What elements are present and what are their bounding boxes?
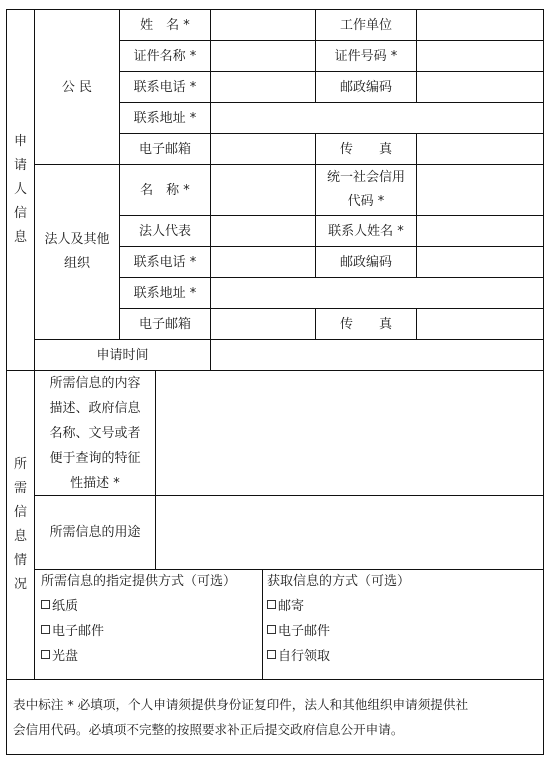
obtain-option-email[interactable]: 电子邮件 [267, 620, 330, 644]
purpose-field[interactable] [155, 495, 544, 570]
checkbox-icon[interactable] [267, 625, 276, 634]
legal-email-field[interactable] [210, 308, 316, 340]
info-title-char: 息 [14, 525, 27, 549]
checkbox-icon[interactable] [41, 625, 50, 634]
legal-label-line1: 法人及其他 [44, 228, 109, 252]
citizen-postcode-field[interactable] [416, 71, 544, 103]
citizen-employer-field[interactable] [416, 9, 544, 41]
applicant-title-char: 信 [14, 202, 27, 226]
applicant-title-char: 人 [14, 178, 27, 202]
applicant-section-header: 申 请 人 信 息 [6, 9, 35, 371]
legal-address-field[interactable] [210, 277, 544, 309]
citizen-fax-field[interactable] [416, 133, 544, 165]
option-label: 电子邮件 [52, 624, 104, 639]
citizen-id-number-field[interactable] [416, 40, 544, 72]
provide-option-email[interactable]: 电子邮件 [41, 620, 104, 644]
info-title-char: 需 [14, 477, 27, 501]
citizen-phone-field[interactable] [210, 71, 316, 103]
option-label: 电子邮件 [278, 624, 330, 639]
legal-credit-code-field[interactable] [416, 164, 544, 216]
obtain-method-title: 获取信息的方式（可选） [267, 570, 410, 594]
credit-code-line1: 统一社会信用 [327, 166, 405, 190]
citizen-fax-label: 传 真 [315, 133, 417, 165]
checkbox-icon[interactable] [267, 650, 276, 659]
obtain-option-pickup[interactable]: 自行领取 [267, 645, 330, 669]
legal-name-field[interactable] [210, 164, 316, 216]
legal-credit-code-label: 统一社会信用 代码 * [315, 164, 417, 216]
info-title-char: 信 [14, 501, 27, 525]
legal-phone-label: 联系电话 * [119, 246, 211, 278]
citizen-address-label: 联系地址 * [119, 102, 211, 134]
desc-line: 名称、文号或者 [49, 421, 140, 446]
desc-line: 便于查询的特征 [49, 446, 140, 471]
provide-option-disc[interactable]: 光盘 [41, 645, 78, 669]
legal-name-label: 名 称 * [119, 164, 211, 216]
applicant-title-char: 申 [14, 130, 27, 154]
provide-option-paper[interactable]: 纸质 [41, 595, 78, 619]
checkbox-icon[interactable] [267, 600, 276, 609]
purpose-label: 所需信息的用途 [34, 495, 156, 570]
info-title-char: 所 [14, 453, 27, 477]
content-description-label: 所需信息的内容 描述、政府信息 名称、文号或者 便于查询的特征 性描述 * [34, 370, 156, 496]
option-label: 光盘 [52, 649, 78, 664]
footer-note-box [6, 679, 544, 755]
apply-time-field[interactable] [210, 339, 544, 371]
citizen-name-field[interactable] [210, 9, 316, 41]
info-title-char: 况 [14, 573, 27, 597]
content-description-field[interactable] [155, 370, 544, 496]
citizen-name-label: 姓 名 * [119, 9, 211, 41]
applicant-title-char: 请 [14, 154, 27, 178]
legal-representative-field[interactable] [210, 215, 316, 247]
credit-code-line2: 代码 * [348, 190, 385, 214]
option-label: 自行领取 [278, 649, 330, 664]
option-label: 邮寄 [278, 599, 304, 614]
desc-line: 所需信息的内容 [49, 371, 140, 396]
legal-contact-name-field[interactable] [416, 215, 544, 247]
legal-postcode-field[interactable] [416, 246, 544, 278]
citizen-id-number-label: 证件号码 * [315, 40, 417, 72]
desc-line: 性描述 * [70, 471, 120, 496]
info-title-char: 情 [14, 549, 27, 573]
citizen-email-field[interactable] [210, 133, 316, 165]
info-section-header: 所 需 信 息 情 况 [6, 370, 35, 680]
citizen-phone-label: 联系电话 * [119, 71, 211, 103]
legal-postcode-label: 邮政编码 [315, 246, 417, 278]
legal-address-label: 联系地址 * [119, 277, 211, 309]
footer-note-line1: 表中标注 * 必填项，个人申请须提供身份证复印件，法人和其他组织申请须提供社 [13, 693, 468, 717]
obtain-option-mail[interactable]: 邮寄 [267, 595, 304, 619]
citizen-label-text: 公 民 [62, 76, 92, 99]
citizen-group-label: 公 民 [34, 9, 120, 165]
citizen-address-field[interactable] [210, 102, 544, 134]
legal-contact-name-label: 联系人姓名 * [315, 215, 417, 247]
legal-phone-field[interactable] [210, 246, 316, 278]
citizen-id-type-field[interactable] [210, 40, 316, 72]
legal-group-label: 法人及其他 组织 [34, 164, 120, 340]
citizen-id-type-label: 证件名称 * [119, 40, 211, 72]
citizen-employer-label: 工作单位 [315, 9, 417, 41]
footer-note-line2: 会信用代码。必填项不完整的按照要求补正后提交政府信息公开申请。 [13, 718, 403, 742]
apply-time-label: 申请时间 [34, 339, 211, 371]
legal-representative-label: 法人代表 [119, 215, 211, 247]
legal-label-line2: 组织 [64, 252, 90, 276]
citizen-postcode-label: 邮政编码 [315, 71, 417, 103]
applicant-title-char: 息 [14, 226, 27, 250]
checkbox-icon[interactable] [41, 650, 50, 659]
checkbox-icon[interactable] [41, 600, 50, 609]
provide-method-title: 所需信息的指定提供方式（可选） [41, 570, 236, 594]
desc-line: 描述、政府信息 [49, 396, 140, 421]
legal-fax-label: 传 真 [315, 308, 417, 340]
citizen-email-label: 电子邮箱 [119, 133, 211, 165]
option-label: 纸质 [52, 599, 78, 614]
legal-email-label: 电子邮箱 [119, 308, 211, 340]
legal-fax-field[interactable] [416, 308, 544, 340]
